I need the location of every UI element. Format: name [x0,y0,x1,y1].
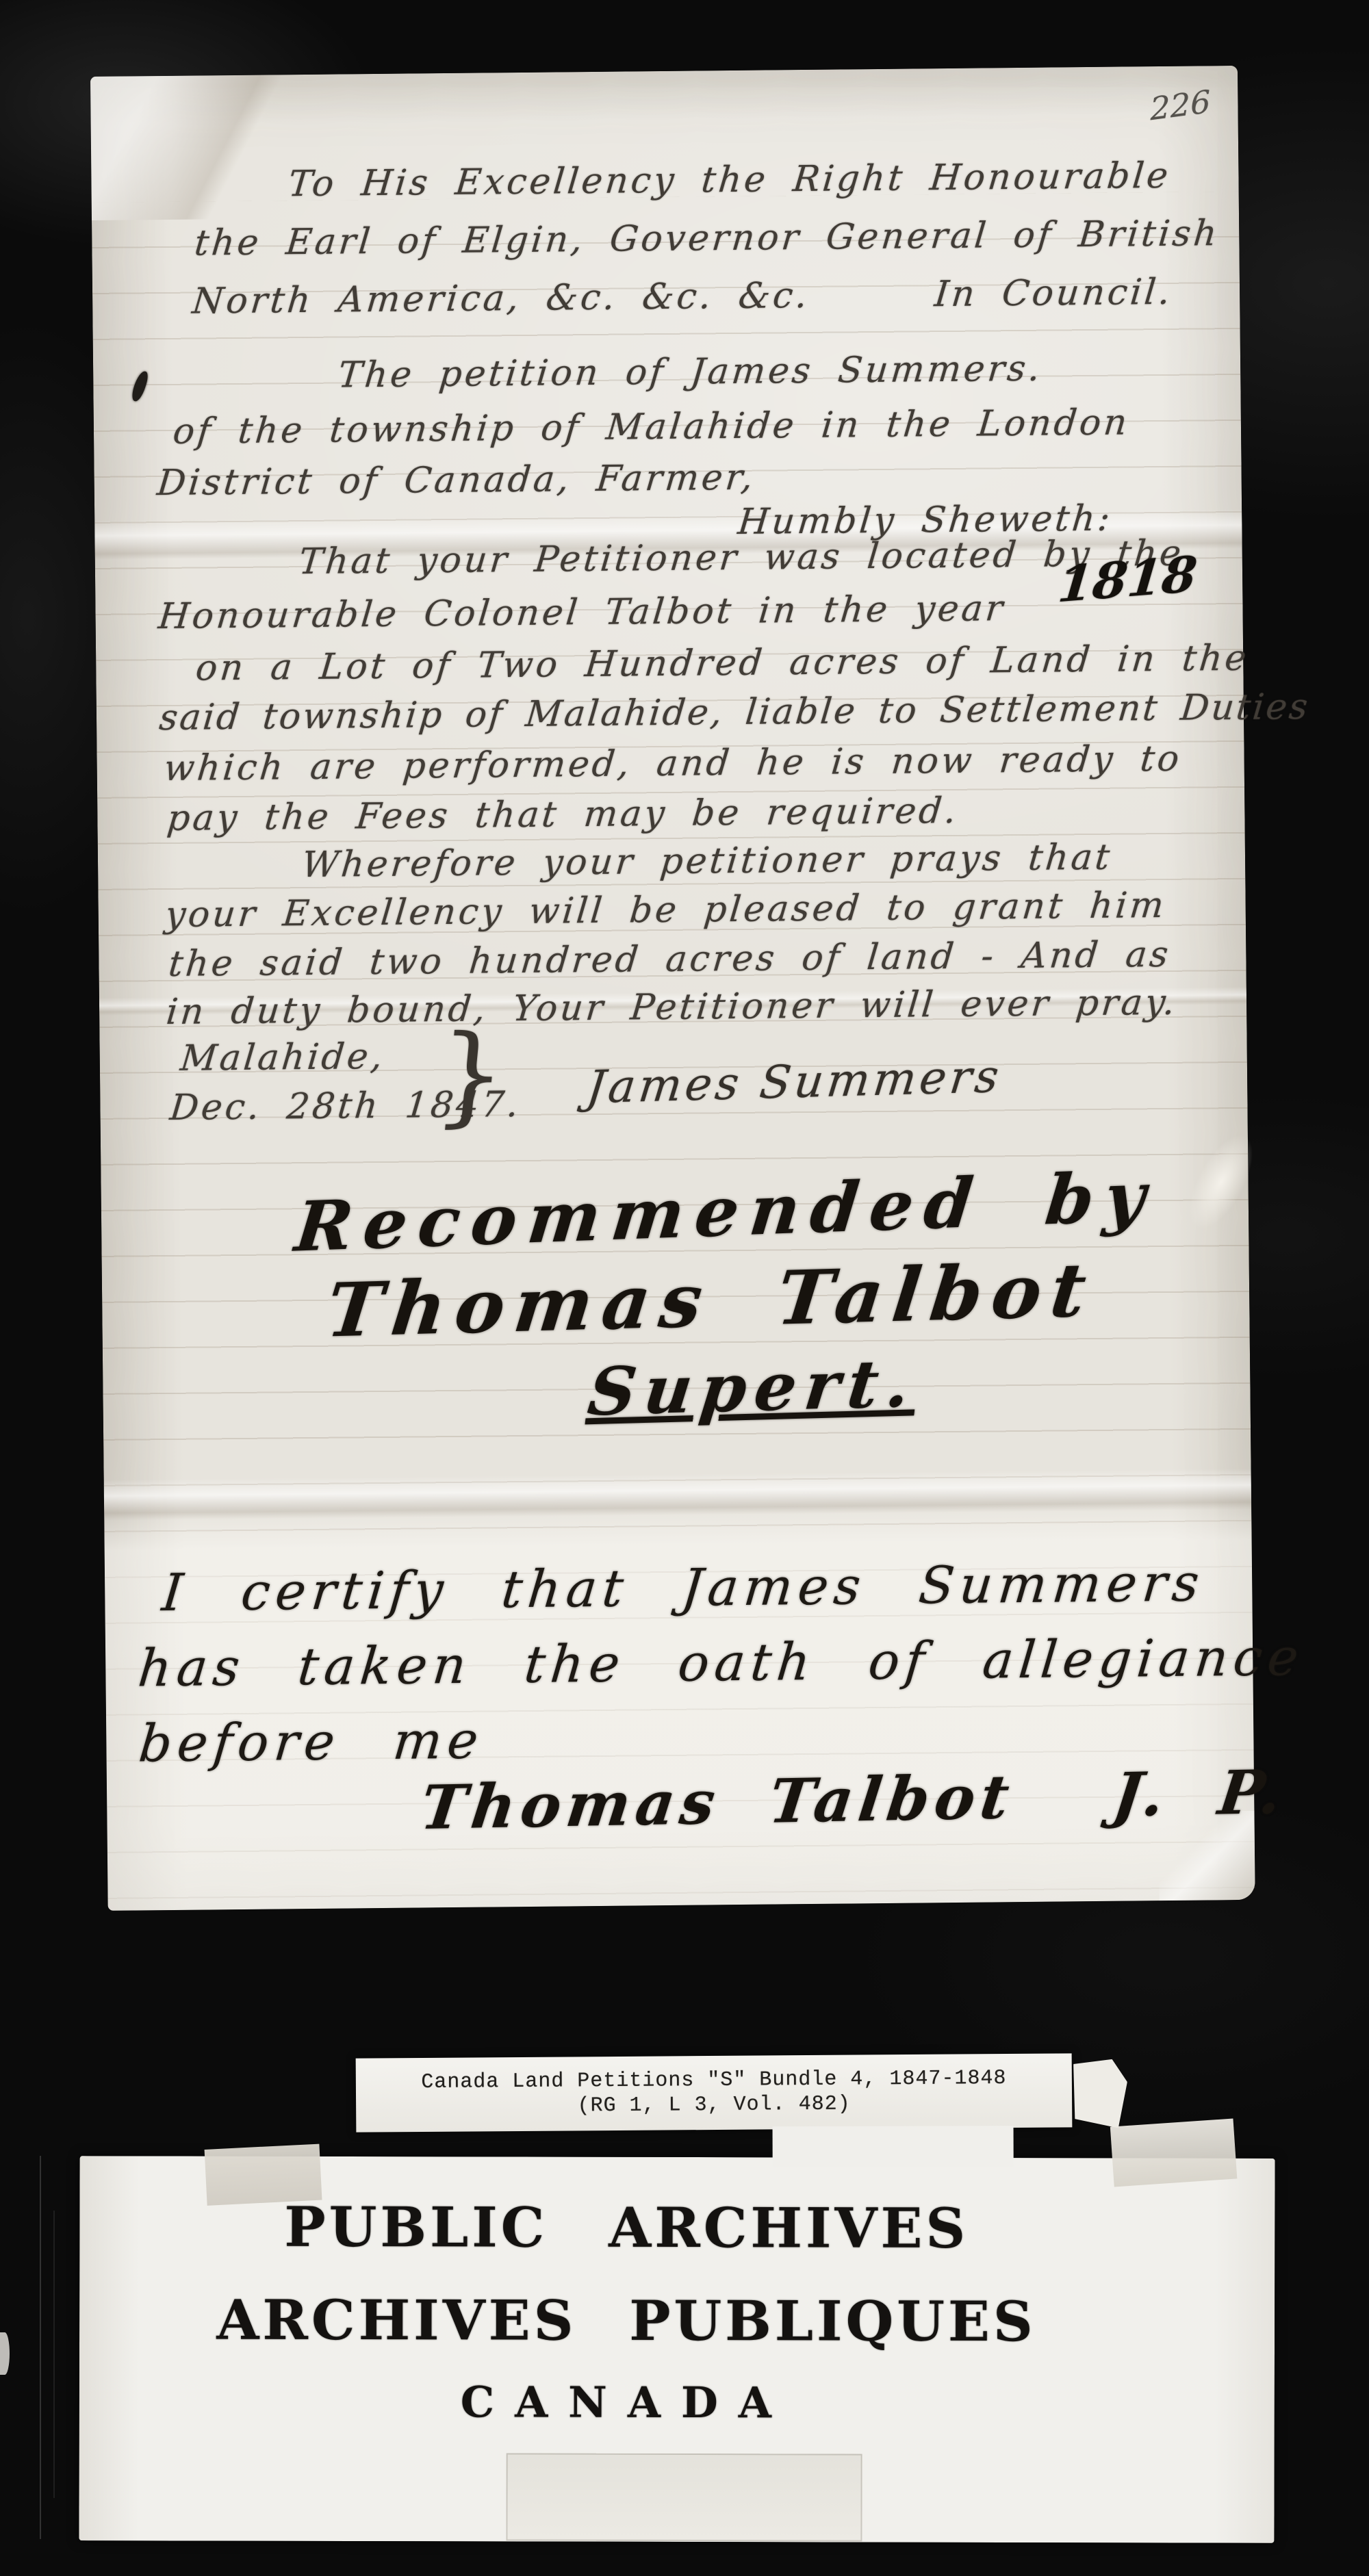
archive-reference-label: Canada Land Petitions "S" Bundle 4, 1847… [356,2053,1073,2132]
inserted-year: 1818 [1055,545,1199,614]
certification-line: I certify that James Summers [159,1552,1207,1623]
archive-reference-line: (RG 1, L 3, Vol. 482) [577,2093,850,2118]
film-speck [0,2332,10,2375]
certification-line: has taken the oath of allegiance [136,1627,1307,1698]
film-scratch [53,2211,55,2498]
prayer-line: Wherefore your petitioner prays that [300,837,1114,886]
body-line: pay the Fees that may be required. [166,790,961,839]
salutation-line: To His Excellency the Right Honourable [287,155,1173,205]
place-line: Malahide, [179,1036,387,1079]
stamp-canada: CANADA [29,2376,1224,2429]
film-scratch [40,2156,41,2539]
tape-piece-right [1110,2119,1238,2187]
stamp-public-archives: PUBLIC ARCHIVES [29,2194,1224,2261]
date-brace: } [431,1012,511,1138]
petition-document: 226 To His Excellency the Right Honourab… [90,66,1255,1911]
body-line: Honourable Colonel Talbot in the year [157,588,1008,637]
page-number: 226 [1150,83,1212,127]
intro-line: The petition of James Summers. [336,348,1044,396]
card-top-bump [773,2126,1014,2167]
body-line: That your Petitioner was located by the [297,533,1186,582]
certification-line: before me [136,1710,486,1774]
public-archives-card: PUBLIC ARCHIVES ARCHIVES PUBLIQUES CANAD… [79,2156,1275,2543]
card-bottom-tab [506,2453,862,2541]
intro-line: District of Canada, Farmer, [155,457,758,504]
archive-reference-line: Canada Land Petitions "S" Bundle 4, 1847… [421,2067,1006,2094]
stamp-archives-publiques: ARCHIVES PUBLIQUES [29,2287,1224,2354]
microfilm-frame: 226 To His Excellency the Right Honourab… [0,0,1369,2576]
talbot-title: Supert. [585,1344,922,1430]
